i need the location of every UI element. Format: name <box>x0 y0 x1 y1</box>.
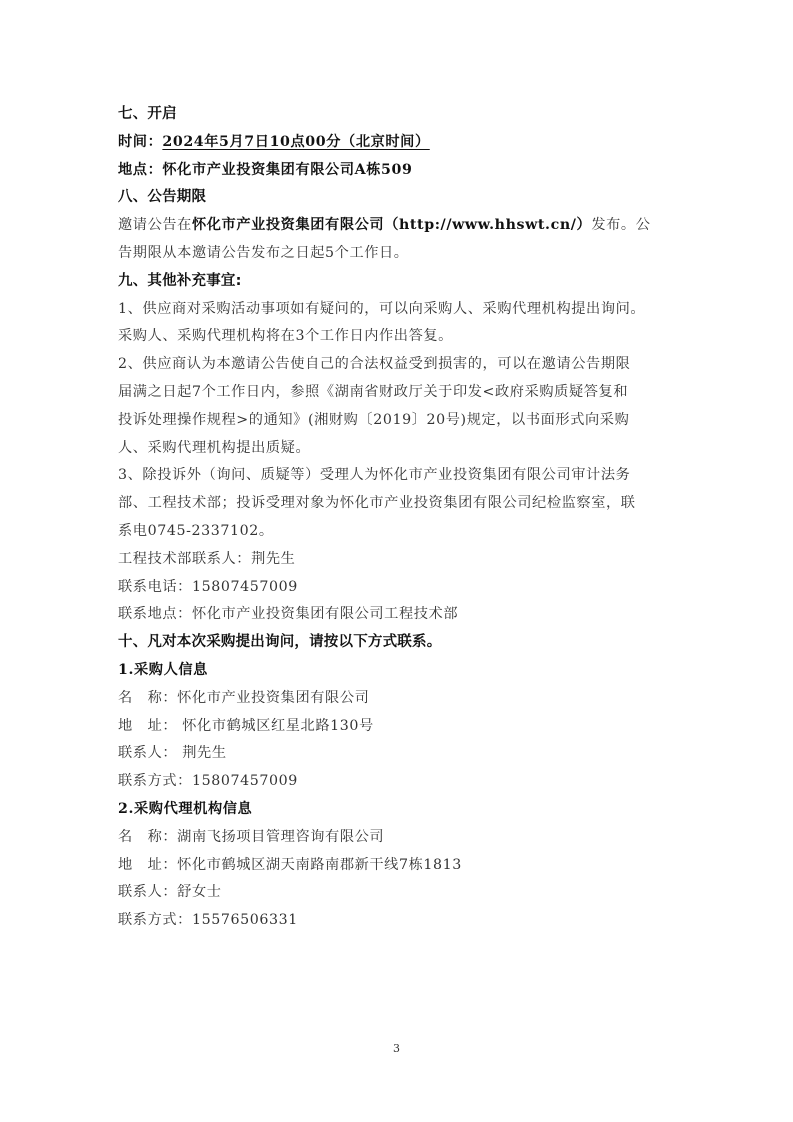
purchaser-address: 地 址： 怀化市鹤城区红星北路130号 <box>118 713 684 741</box>
publisher-name: 怀化市产业投资集团有限公司（http://www.hhswt.cn/） <box>192 217 591 233</box>
notice-period-line-1: 邀请公告在怀化市产业投资集团有限公司（http://www.hhswt.cn/）… <box>118 212 684 240</box>
notice-text: 邀请公告在 <box>118 217 192 233</box>
purchaser-phone: 联系方式：15807457009 <box>118 768 684 796</box>
opening-time-value: 2024年5月7日10点00分（北京时间） <box>162 134 429 150</box>
page-number: 3 <box>0 1042 793 1055</box>
agency-name: 名 称：湖南飞扬项目管理咨询有限公司 <box>118 824 684 852</box>
opening-time-label: 时间： <box>118 134 162 150</box>
agency-info-title: 2.采购代理机构信息 <box>118 796 684 824</box>
document-page: 七、开启 时间：2024年5月7日10点00分（北京时间） 地点：怀化市产业投资… <box>118 101 684 935</box>
opening-place-value: 怀化市产业投资集团有限公司A栋509 <box>162 162 412 178</box>
purchaser-info-title: 1.采购人信息 <box>118 657 684 685</box>
item1-line: 1、供应商对采购活动事项如有疑问的，可以向采购人、采购代理机构提出询问。 <box>118 296 684 324</box>
item3-line: 3、除投诉外（询问、质疑等）受理人为怀化市产业投资集团有限公司审计法务 <box>118 462 684 490</box>
section-heading-opening: 七、开启 <box>118 101 684 129</box>
item3-line: 系电0745-2337102。 <box>118 518 684 546</box>
opening-time: 时间：2024年5月7日10点00分（北京时间） <box>118 129 684 157</box>
engineering-contact: 工程技术部联系人：荆先生 <box>118 546 684 574</box>
agency-address: 地 址：怀化市鹤城区湖天南路南郡新干线7栋1813 <box>118 852 684 880</box>
purchaser-contact: 联系人： 荆先生 <box>118 740 684 768</box>
opening-place: 地点：怀化市产业投资集团有限公司A栋509 <box>118 157 684 185</box>
section-heading-other-matters: 九、其他补充事宜: <box>118 268 684 296</box>
opening-place-label: 地点： <box>118 162 162 178</box>
item1-line: 采购人、采购代理机构将在3个工作日内作出答复。 <box>118 323 684 351</box>
engineering-phone: 联系电话：15807457009 <box>118 574 684 602</box>
item2-line: 人、采购代理机构提出质疑。 <box>118 435 684 463</box>
purchaser-name: 名 称：怀化市产业投资集团有限公司 <box>118 685 684 713</box>
agency-phone: 联系方式：15576506331 <box>118 907 684 935</box>
engineering-address: 联系地点：怀化市产业投资集团有限公司工程技术部 <box>118 601 684 629</box>
item2-line: 2、供应商认为本邀请公告使自己的合法权益受到损害的，可以在邀请公告期限 <box>118 351 684 379</box>
agency-contact: 联系人：舒女士 <box>118 879 684 907</box>
notice-text: 发布。公 <box>591 217 650 233</box>
item2-line: 投诉处理操作规程>的通知》(湘财购〔2019〕20号)规定，以书面形式向采购 <box>118 407 684 435</box>
item3-line: 部、工程技术部；投诉受理对象为怀化市产业投资集团有限公司纪检监察室，联 <box>118 490 684 518</box>
section-heading-notice-period: 八、公告期限 <box>118 184 684 212</box>
notice-period-line-2: 告期限从本邀请公告发布之日起5个工作日。 <box>118 240 684 268</box>
item2-line: 届满之日起7个工作日内，参照《湖南省财政厅关于印发<政府采购质疑答复和 <box>118 379 684 407</box>
section-heading-contact: 十、凡对本次采购提出询问，请按以下方式联系。 <box>118 629 684 657</box>
